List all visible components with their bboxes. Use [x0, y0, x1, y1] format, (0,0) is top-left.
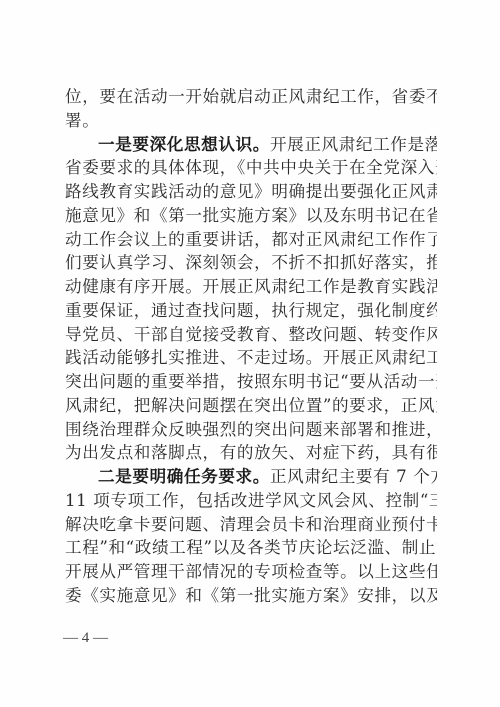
text-line: 开展从严管理干部情况的专项检查等。以上这些任务，是根据省	[65, 560, 437, 584]
text-line: 风肃纪，把解决问题摆在突出位置”的要求，正风肃纪工作紧紧	[65, 394, 437, 418]
text-line: 围绕治理群众反映强烈的突出问题来部署和推进，把解决问题作	[65, 418, 437, 442]
text-line: 为出发点和落脚点，有的放矢、对症下药，具有很强的针对性。	[65, 441, 437, 465]
text-line: 位，要在活动一开始就启动正风肃纪工作，省委不再对此另行部	[65, 85, 437, 109]
section-lead-heading: 二是要明确任务要求。	[98, 466, 270, 486]
text-line: 动工作会议上的重要讲话，都对正风肃纪工作作了安排部署，我	[65, 228, 437, 252]
section-lead-heading: 一是要深化思想认识。	[98, 134, 270, 154]
page-number: — 4 —	[63, 630, 108, 647]
document-body: 位，要在活动一开始就启动正风肃纪工作，省委不再对此另行部 署。 一是要深化思想认…	[65, 85, 437, 608]
text-line: 路线教育实践活动的意见》明确提出要强化正风肃纪，省委《实	[65, 180, 437, 204]
text-span: 开展正风肃纪工作是落实中央精神和	[270, 135, 437, 154]
text-line: 重要保证，通过查找问题，执行规定，强化制度约束力，督促引	[65, 299, 437, 323]
text-line: 省委要求的具体体现，《中共中央关于在全党深入开展党的群众	[65, 156, 437, 180]
text-line: 动健康有序开展。开展正风肃纪工作是教育实践活动取得实效的	[65, 275, 437, 299]
text-line: 施意见》和《第一批实施方案》以及东明书记在省委教育实践活	[65, 204, 437, 228]
text-line: 解决吃拿卡要问题、清理会员卡和治理商业预付卡、治理“形象	[65, 513, 437, 537]
text-line: 11 项专项工作，包括改进学风文风会风、控制“三公”经费支出、	[65, 489, 437, 513]
text-span: 正风肃纪主要有 7 个方面的任务，共	[270, 467, 437, 486]
paragraph-heading-line: 二是要明确任务要求。正风肃纪主要有 7 个方面的任务，共	[65, 465, 437, 489]
paragraph-heading-line: 一是要深化思想认识。开展正风肃纪工作是落实中央精神和	[65, 133, 437, 157]
text-line: 署。	[65, 109, 437, 133]
text-line: 工程”和“政绩工程”以及各类节庆论坛泛滥、制止滥建楼堂馆所、	[65, 536, 437, 560]
text-line: 突出问题的重要举措，按照东明书记“要从活动一开始就强调正	[65, 370, 437, 394]
text-line: 践活动能够扎实推进、不走过场。开展正风肃纪工作是有效解决	[65, 346, 437, 370]
text-line: 导党员、干部自觉接受教育、整改问题、转变作风，确保教育实	[65, 323, 437, 347]
text-line: 们要认真学习、深刻领会，不折不扣抓好落实，推动教育实践活	[65, 251, 437, 275]
text-line: 委《实施意见》和《第一批实施方案》安排，以及东明书记在省	[65, 584, 437, 608]
document-page: 位，要在活动一开始就启动正风肃纪工作，省委不再对此另行部 署。 一是要深化思想认…	[0, 0, 500, 707]
